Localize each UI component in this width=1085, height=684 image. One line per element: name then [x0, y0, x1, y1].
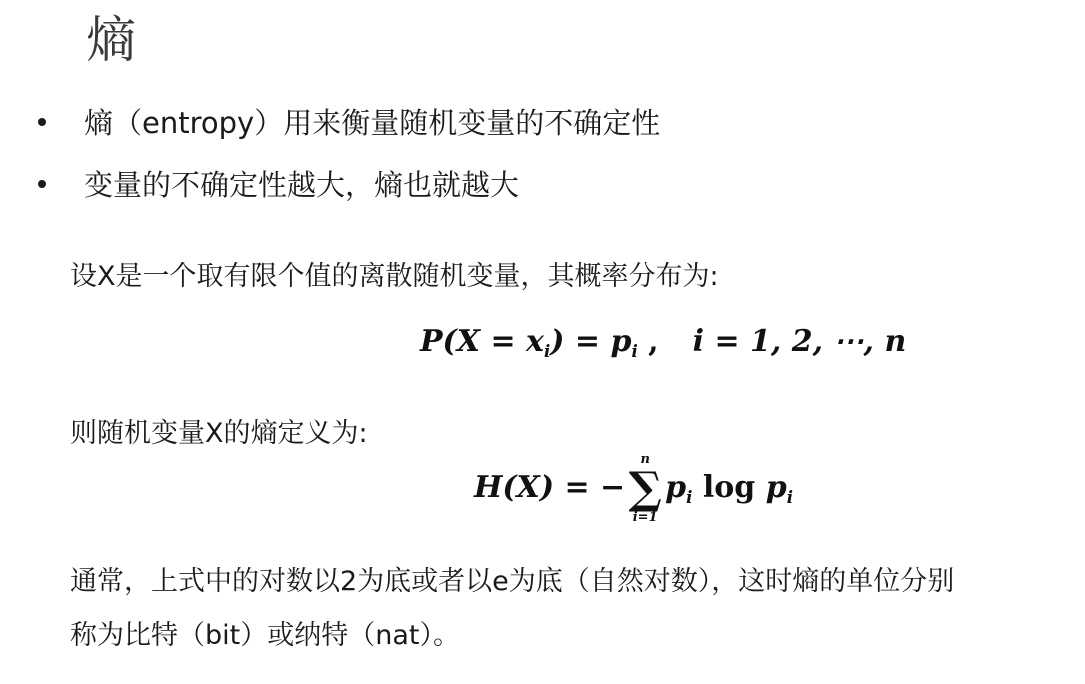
paragraph-intro: 设X是一个取有限个值的离散随机变量，其概率分布为:: [70, 258, 719, 296]
paragraph-note-line-1: 通常，上式中的对数以2为底或者以e为底（自然对数），这时熵的单位分别: [70, 563, 954, 601]
bullet-text: 熵（entropy）用来衡量随机变量的不确定性: [84, 106, 660, 140]
slide-title: 熵: [86, 8, 136, 72]
bullet-text: 变量的不确定性越大，熵也就越大: [84, 168, 519, 202]
probability-distribution-formula: P(X = xi) = pi ,i = 1, 2, ⋯, n: [420, 322, 906, 372]
bullet-dot-icon: [38, 180, 46, 188]
paragraph-note-line-2: 称为比特（bit）或纳特（nat）。: [70, 617, 460, 655]
entropy-formula: H(X) = −n∑i=1pi log pi: [474, 448, 793, 538]
bullet-item-entropy-definition: 熵（entropy）用来衡量随机变量的不确定性: [38, 103, 660, 143]
summation: n∑i=1: [627, 453, 663, 525]
sigma-icon: ∑: [627, 467, 663, 511]
paragraph-definition-intro: 则随机变量X的熵定义为:: [70, 415, 368, 453]
bullet-dot-icon: [38, 118, 46, 126]
bullet-item-uncertainty: 变量的不确定性越大，熵也就越大: [38, 165, 519, 205]
